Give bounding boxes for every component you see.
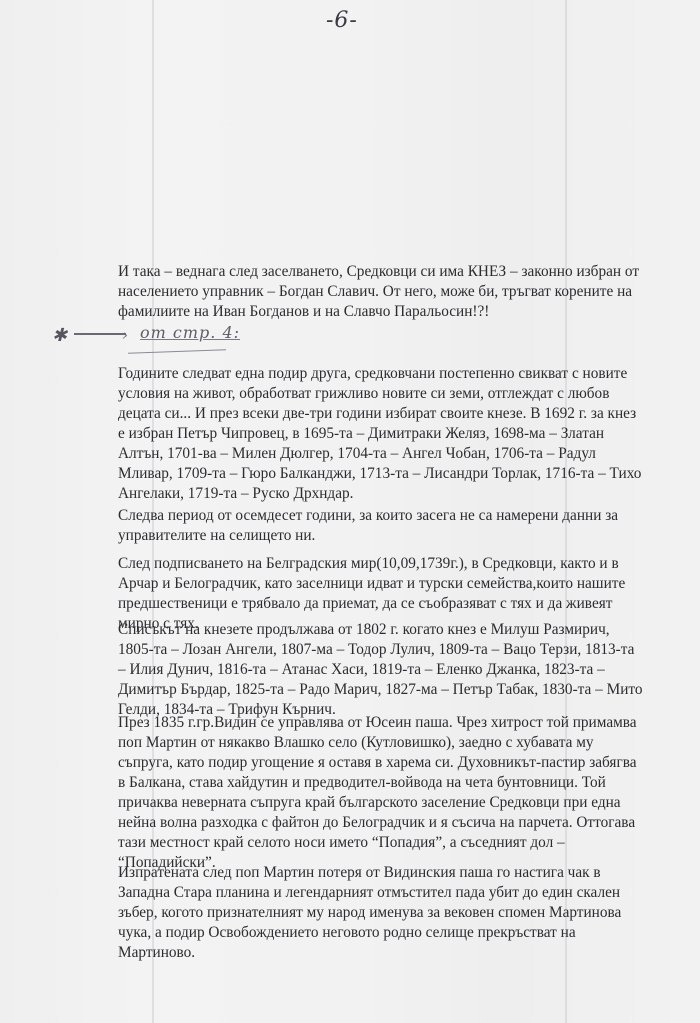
text-line: През 1835 г.гр.Видин се управлява от Юсе… bbox=[118, 713, 648, 733]
paragraph-eighty-years: Следва период от осемдесет години, за ко… bbox=[118, 506, 648, 546]
arrow-icon bbox=[74, 333, 126, 335]
paragraph-pop-martin: През 1835 г.гр.Видин се управлява от Юсе… bbox=[118, 713, 648, 873]
text-line: – Илия Дунич, 1816-та – Атанас Хаси, 181… bbox=[118, 660, 648, 680]
annotation-note: от стр. 4: bbox=[140, 323, 240, 342]
scanned-page: -6- И така – веднага след заселването, С… bbox=[0, 0, 700, 1023]
text-line: предшественици е трябвало да приемат, да… bbox=[118, 594, 648, 614]
paragraph-knez-list-1: Годините следват една подир друга, средк… bbox=[118, 364, 648, 504]
text-line: децата си... И през всеки две-три години… bbox=[118, 404, 648, 424]
text-line: управителите на селището ни. bbox=[118, 526, 648, 546]
paragraph-martinovo: Изпратената след поп Мартин потеря от Ви… bbox=[118, 863, 648, 963]
text-line: След подписването на Белградския мир(10,… bbox=[118, 554, 648, 574]
text-line: условия на живот, обработват грижливо но… bbox=[118, 384, 648, 404]
arrow-head-icon: › bbox=[122, 326, 128, 344]
text-line: Западна Стара планина и легендарният отм… bbox=[118, 883, 648, 903]
text-line: Ангелаки, 1719-та – Руско Дрхндар. bbox=[118, 484, 648, 504]
annotation-underline bbox=[128, 349, 226, 353]
handwritten-annotation: ✱ › от стр. 4: bbox=[52, 323, 292, 357]
text-line: чука, а подир Освобождението неговото ро… bbox=[118, 923, 648, 943]
text-line: тази местност край селото носи името “По… bbox=[118, 833, 648, 853]
text-line: Изпратената след поп Мартин потеря от Ви… bbox=[118, 863, 648, 883]
text-line: населението управник – Богдан Славич. От… bbox=[118, 282, 648, 302]
text-line: Алтън, 1701-ва – Милен Дюлгер, 1704-та –… bbox=[118, 444, 648, 464]
text-line: Мливар, 1709-та – Гюро Балканджи, 1713-т… bbox=[118, 464, 648, 484]
page-number: -6- bbox=[326, 8, 358, 33]
paragraph-knez-list-2: Списъкът на кнезете продължава от 1802 г… bbox=[118, 620, 648, 720]
text-line: е избран Петър Чипровец, в 1695-та – Дим… bbox=[118, 424, 648, 444]
text-line: Следва период от осемдесет години, за ко… bbox=[118, 506, 648, 526]
text-line: Списъкът на кнезете продължава от 1802 г… bbox=[118, 620, 648, 640]
text-line: фамилиите на Иван Богданов и на Славчо П… bbox=[118, 302, 648, 322]
text-line: Димитър Бърдар, 1825-та – Радо Марич, 18… bbox=[118, 680, 648, 700]
text-line: И така – веднага след заселването, Средк… bbox=[118, 262, 648, 282]
text-line: Годините следват една подир друга, средк… bbox=[118, 364, 648, 384]
text-line: поп Мартин от някакво Влашко село (Кутло… bbox=[118, 733, 648, 753]
text-line: съпруга, като подир угощение я оставя в … bbox=[118, 753, 648, 773]
text-line: Мартиново. bbox=[118, 943, 648, 963]
paragraph-knez-intro: И така – веднага след заселването, Средк… bbox=[118, 262, 648, 322]
text-line: зъбер, когото признателният му народ име… bbox=[118, 903, 648, 923]
text-line: 1805-та – Лозан Ангели, 1807-ма – Тодор … bbox=[118, 640, 648, 660]
text-line: нейна волна разходка с файтон до Белогра… bbox=[118, 813, 648, 833]
text-line: Арчар и Белоградчик, като заселници идва… bbox=[118, 574, 648, 594]
asterisk-icon: ✱ bbox=[52, 325, 67, 346]
text-line: в Балкана, става хайдутин и предводител-… bbox=[118, 773, 648, 793]
text-line: причаква неверната съпруга край българск… bbox=[118, 793, 648, 813]
